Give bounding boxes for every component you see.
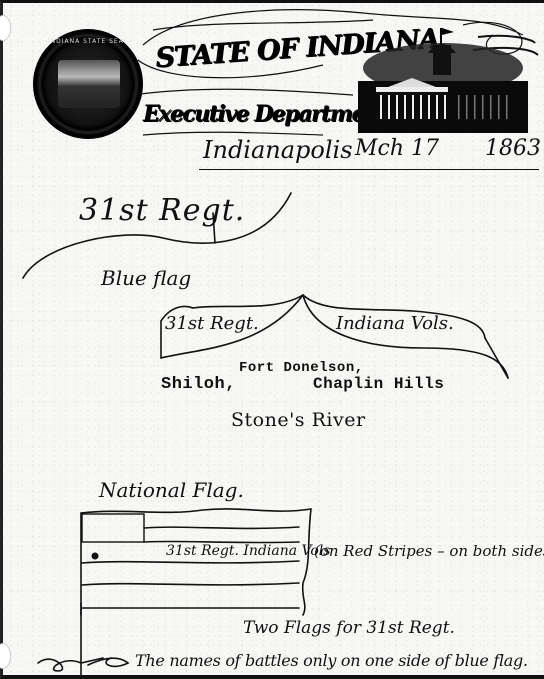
national-flag-stripe-text: 31st Regt. Indiana Vols [166,543,330,559]
punch-hole [0,15,11,41]
regiment-heading: 31st Regt. [79,193,245,228]
battle-chaplin-hills: Chaplin Hills [313,375,444,393]
date-year: 1863 [485,136,541,161]
punch-hole [0,643,11,669]
national-flag-side-note: (on Red Stripes – on both sides. [314,542,544,560]
ribbon-right-text: Indiana Vols. [336,313,454,334]
document-page: INDIANA STATE SEAL STATE OF INDIANA Exec… [0,0,544,679]
city: Indianapolis [203,136,353,164]
battle-fort-donelson: Fort Donelson, [239,360,364,376]
blue-flag-label: Blue flag [101,266,191,290]
capitol-building-icon [348,23,528,138]
battle-shiloh: Shiloh, [161,375,236,394]
ribbon-left-text: 31st Regt. [165,313,259,334]
date-month-day: Mch 17 [355,136,439,161]
state-seal: INDIANA STATE SEAL [33,29,143,139]
footnote: The names of battles only on one side of… [135,651,528,670]
battle-stones-river: Stone's River [231,409,366,431]
national-flag-label: National Flag. [99,478,244,502]
seal-scene [58,60,120,108]
summary-note: Two Flags for 31st Regt. [243,618,455,638]
seal-text: INDIANA STATE SEAL [36,38,140,45]
